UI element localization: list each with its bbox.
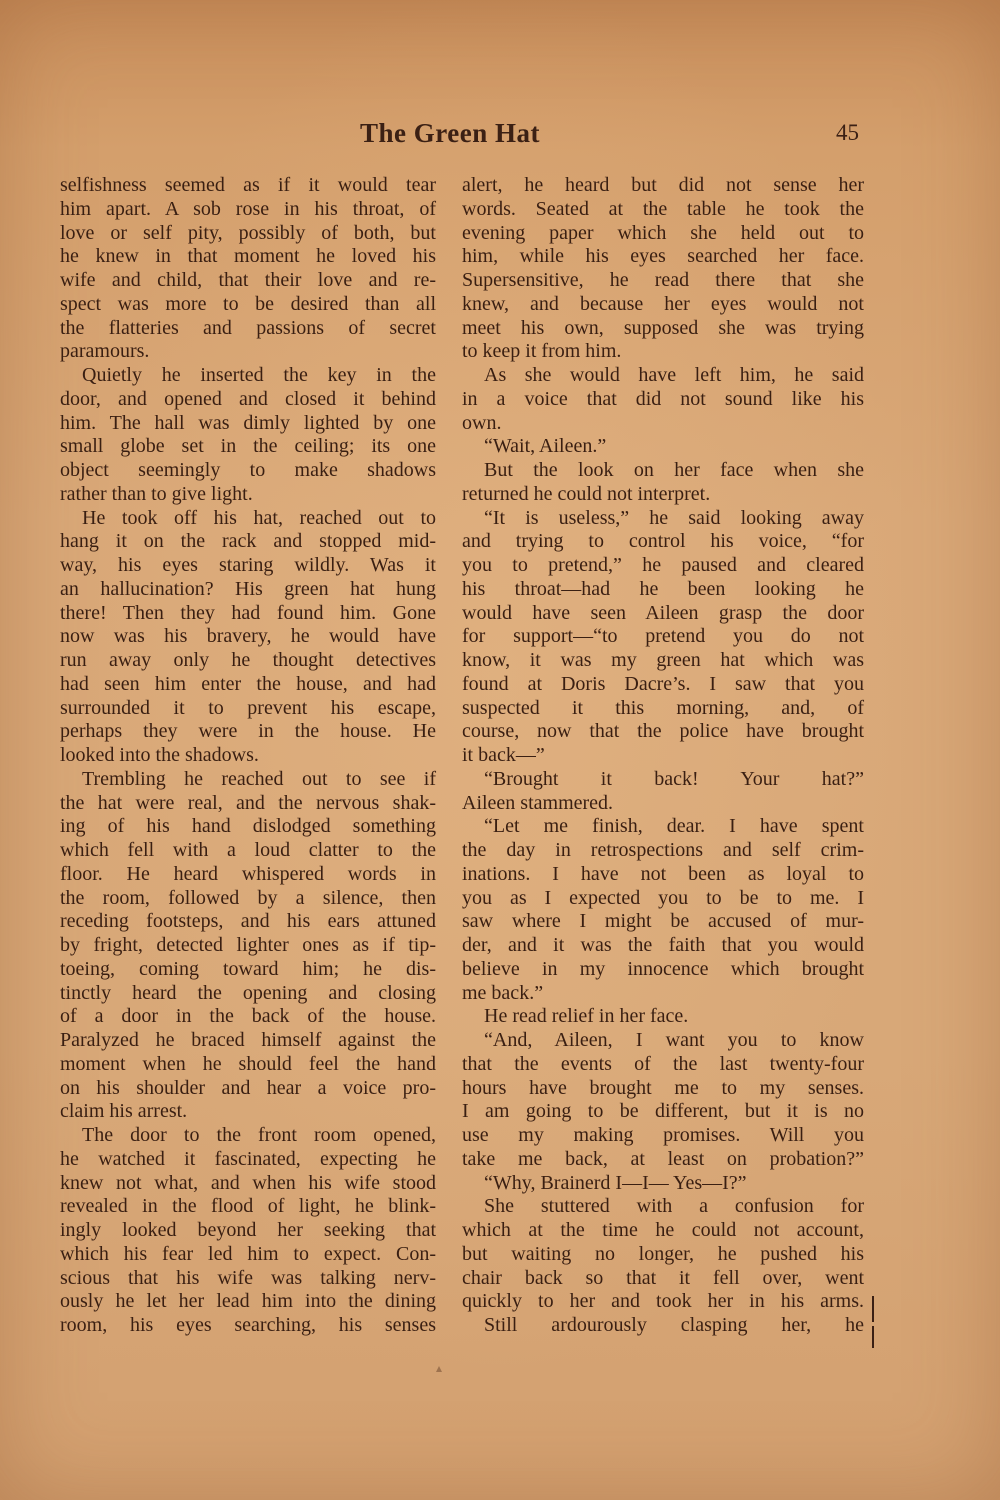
text-line: He read relief in her face. [462, 1005, 864, 1029]
text-line: quickly to her and took her in his arms. [462, 1290, 864, 1314]
text-line: paramours. [60, 340, 436, 364]
text-line: words. Seated at the table he took the [462, 198, 864, 222]
text-line: which fell with a loud clatter to the [60, 839, 436, 863]
text-line: suspected it this morning, and, of [462, 697, 864, 721]
text-line: use my making promises. Will you [462, 1124, 864, 1148]
running-title: The Green Hat [330, 118, 570, 149]
text-line: take me back, at least on probation?” [462, 1148, 864, 1172]
text-line: he knew in that moment he loved his [60, 245, 436, 269]
text-line: Aileen stammered. [462, 792, 864, 816]
text-line: an hallucination? His green hat hung [60, 578, 436, 602]
text-line: evening paper which she held out to [462, 222, 864, 246]
text-line: “Let me finish, dear. I have spent [462, 815, 864, 839]
text-line: ingly looked beyond her seeking that [60, 1219, 436, 1243]
text-line: “And, Aileen, I want you to know [462, 1029, 864, 1053]
text-line: inations. I have not been as loyal to [462, 863, 864, 887]
text-line: alert, he heard but did not sense her [462, 174, 864, 198]
right-column: alert, he heard but did not sense herwor… [462, 174, 864, 1338]
text-line: “Why, Brainerd I—I— Yes—I?” [462, 1172, 864, 1196]
text-line: in a voice that did not sound like his [462, 388, 864, 412]
text-line: moment when he should feel the hand [60, 1053, 436, 1077]
text-line: his throat—had he been looking he [462, 578, 864, 602]
text-line: believe in my innocence which brought [462, 958, 864, 982]
text-line: know, it was my green hat which was [462, 649, 864, 673]
text-line: it back—” [462, 744, 864, 768]
text-line: and trying to control his voice, “for [462, 530, 864, 554]
text-line: Quietly he inserted the key in the [60, 364, 436, 388]
text-line: saw where I might be accused of mur- [462, 910, 864, 934]
text-line: As she would have left him, he said [462, 364, 864, 388]
text-line: tinctly heard the opening and closing [60, 982, 436, 1006]
text-line: surrounded it to prevent his escape, [60, 697, 436, 721]
text-line: which at the time he could not account, [462, 1219, 864, 1243]
text-line: run away only he thought detectives [60, 649, 436, 673]
text-line: But the look on her face when she [462, 459, 864, 483]
text-line: He took off his hat, reached out to [60, 507, 436, 531]
text-line: “It is useless,” he said looking away [462, 507, 864, 531]
text-line: wife and child, that their love and re- [60, 269, 436, 293]
text-line: of a door in the back of the house. [60, 1005, 436, 1029]
text-line: hours have brought me to my senses. [462, 1077, 864, 1101]
text-line: meet his own, supposed she was trying [462, 317, 864, 341]
text-line: “Brought it back! Your hat?” [462, 768, 864, 792]
left-column: selfishness seemed as if it would tearhi… [60, 174, 436, 1338]
text-line: which his fear led him to expect. Con- [60, 1243, 436, 1267]
text-line: would have seen Aileen grasp the door [462, 602, 864, 626]
text-line: small globe set in the ceiling; its one [60, 435, 436, 459]
text-line: returned he could not interpret. [462, 483, 864, 507]
text-line: the room, followed by a silence, then [60, 887, 436, 911]
text-line: ing of his hand dislodged something [60, 815, 436, 839]
text-line: the hat were real, and the nervous shak- [60, 792, 436, 816]
text-line: looked into the shadows. [60, 744, 436, 768]
text-line: the flatteries and passions of secret [60, 317, 436, 341]
text-line: by fright, detected lighter ones as if t… [60, 934, 436, 958]
text-line: Supersensitive, he read there that she [462, 269, 864, 293]
text-line: door, and opened and closed it behind [60, 388, 436, 412]
text-line: knew, and because her eyes would not [462, 293, 864, 317]
text-line: to keep it from him. [462, 340, 864, 364]
text-line: toeing, coming toward him; he dis- [60, 958, 436, 982]
text-line: room, his eyes searching, his senses [60, 1314, 436, 1338]
text-line: object seemingly to make shadows [60, 459, 436, 483]
text-line: found at Doris Dacre’s. I saw that you [462, 673, 864, 697]
text-line: der, and it was the faith that you would [462, 934, 864, 958]
text-line: him apart. A sob rose in his throat, of [60, 198, 436, 222]
text-line: spect was more to be desired than all [60, 293, 436, 317]
text-line: scious that his wife was talking nerv- [60, 1267, 436, 1291]
text-line: he watched it fascinated, expecting he [60, 1148, 436, 1172]
text-line: that the events of the last twenty-four [462, 1053, 864, 1077]
text-line: “Wait, Aileen.” [462, 435, 864, 459]
paper-speck [436, 1366, 442, 1372]
text-line: chair back so that it fell over, went [462, 1267, 864, 1291]
text-line: Still ardourously clasping her, he [462, 1314, 864, 1338]
text-line: claim his arrest. [60, 1100, 436, 1124]
text-line: perhaps they were in the house. He [60, 720, 436, 744]
text-line: me back.” [462, 982, 864, 1006]
text-line: knew not what, and when his wife stood [60, 1172, 436, 1196]
running-head: The Green Hat 45 [0, 118, 1000, 158]
text-line: you as I expected you to be to me. I [462, 887, 864, 911]
margin-mark [872, 1296, 874, 1322]
text-line: the day in retrospections and self crim- [462, 839, 864, 863]
text-line: him, while his eyes searched her face. [462, 245, 864, 269]
text-line: Trembling he reached out to see if [60, 768, 436, 792]
text-line: selfishness seemed as if it would tear [60, 174, 436, 198]
text-line: love or self pity, possibly of both, but [60, 222, 436, 246]
text-line: receding footsteps, and his ears attuned [60, 910, 436, 934]
text-line: hang it on the rack and stopped mid- [60, 530, 436, 554]
text-line: She stuttered with a confusion for [462, 1195, 864, 1219]
text-line: there! Then they had found him. Gone [60, 602, 436, 626]
text-line: you to pretend,” he paused and cleared [462, 554, 864, 578]
text-line: The door to the front room opened, [60, 1124, 436, 1148]
text-line: but waiting no longer, he pushed his [462, 1243, 864, 1267]
text-line: course, now that the police have brought [462, 720, 864, 744]
text-line: had seen him enter the house, and had [60, 673, 436, 697]
page-number: 45 [836, 120, 859, 146]
text-line: for support—“to pretend you do not [462, 625, 864, 649]
text-line: now was his bravery, he would have [60, 625, 436, 649]
text-line: I am going to be different, but it is no [462, 1100, 864, 1124]
text-line: revealed in the flood of light, he blink… [60, 1195, 436, 1219]
text-line: ously he let her lead him into the dinin… [60, 1290, 436, 1314]
margin-mark [872, 1326, 874, 1348]
text-line: own. [462, 412, 864, 436]
text-line: him. The hall was dimly lighted by one [60, 412, 436, 436]
text-line: rather than to give light. [60, 483, 436, 507]
text-line: on his shoulder and hear a voice pro- [60, 1077, 436, 1101]
text-line: floor. He heard whispered words in [60, 863, 436, 887]
text-line: way, his eyes staring wildly. Was it [60, 554, 436, 578]
text-line: Paralyzed he braced himself against the [60, 1029, 436, 1053]
